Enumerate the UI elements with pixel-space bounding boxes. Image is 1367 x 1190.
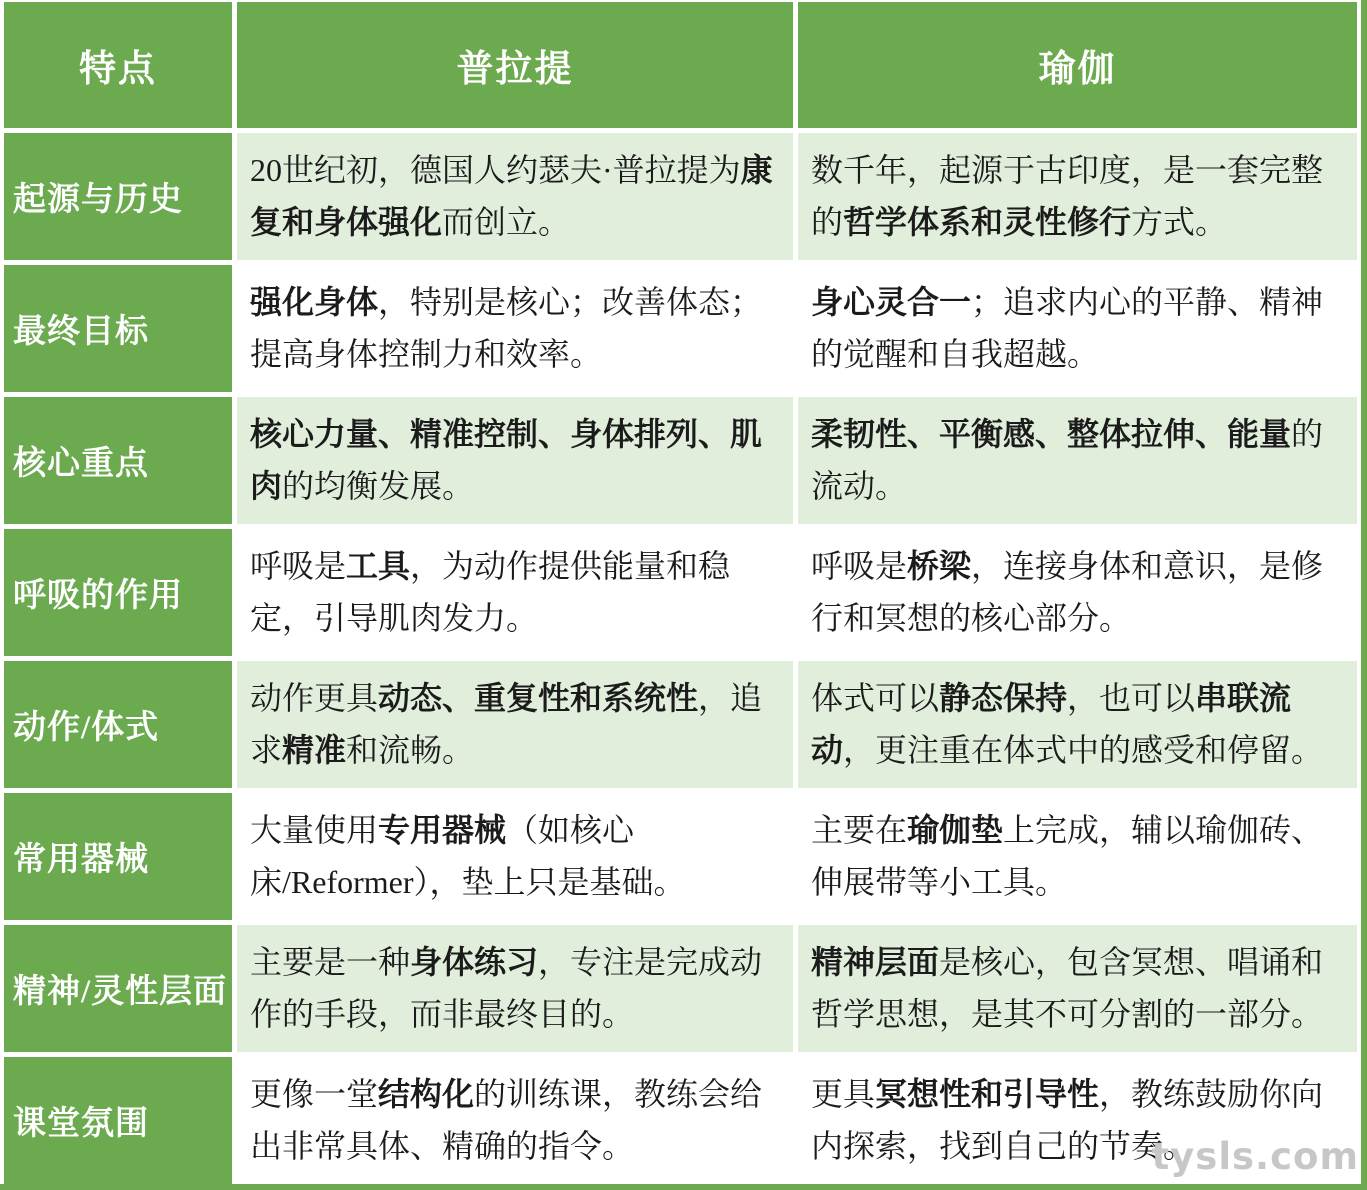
pilates-cell-4-seg-3: 精准 xyxy=(282,732,346,768)
pilates-cell-0-text: 20世纪初，德国人约瑟夫·普拉提为康复和身体强化而创立。 xyxy=(250,145,780,249)
pilates-cell-4-seg-1: 动态、重复性和系统性 xyxy=(378,680,698,716)
pilates-cell-3-text: 呼吸是工具，为动作提供能量和稳定，引导肌肉发力。 xyxy=(250,541,780,645)
pilates-cell-2: 核心力量、精准控制、身体排列、肌肉的均衡发展。 xyxy=(237,397,793,524)
yoga-cell-2-seg-0: 柔韧性、平衡感、整体拉伸、能量 xyxy=(811,416,1291,452)
yoga-cell-5-seg-1: 瑜伽垫 xyxy=(907,812,1003,848)
yoga-cell-4-seg-4: ，更注重在体式中的感受和停留。 xyxy=(843,732,1323,768)
yoga-cell-2: 柔韧性、平衡感、整体拉伸、能量的流动。 xyxy=(798,397,1357,524)
yoga-cell-4: 体式可以静态保持，也可以串联流动，更注重在体式中的感受和停留。 xyxy=(798,661,1357,788)
pilates-cell-5: 大量使用专用器械（如核心床/Reformer），垫上只是基础。 xyxy=(237,793,793,920)
yoga-cell-1-text: 身心灵合一；追求内心的平静、精神的觉醒和自我超越。 xyxy=(811,277,1344,381)
pilates-cell-0-seg-2: 而创立。 xyxy=(442,204,570,240)
header-cell-yoga: 瑜伽 xyxy=(798,2,1357,128)
pilates-cell-7-text: 更像一堂结构化的训练课，教练会给出非常具体、精确的指令。 xyxy=(250,1069,780,1173)
pilates-cell-3-seg-0: 呼吸是 xyxy=(250,548,346,584)
yoga-cell-2-text: 柔韧性、平衡感、整体拉伸、能量的流动。 xyxy=(811,409,1344,513)
yoga-cell-7-text: 更具冥想性和引导性，教练鼓励你向内探索，找到自己的节奏。 xyxy=(811,1069,1344,1173)
yoga-cell-3-text: 呼吸是桥梁，连接身体和意识，是修行和冥想的核心部分。 xyxy=(811,541,1344,645)
row-label-7: 课堂氛围 xyxy=(4,1057,232,1184)
row-label-6: 精神/灵性层面 xyxy=(4,925,232,1052)
yoga-cell-6-seg-0: 精神层面 xyxy=(811,944,939,980)
yoga-cell-4-text: 体式可以静态保持，也可以串联流动，更注重在体式中的感受和停留。 xyxy=(811,673,1344,777)
pilates-cell-2-text: 核心力量、精准控制、身体排列、肌肉的均衡发展。 xyxy=(250,409,780,513)
pilates-cell-0: 20世纪初，德国人约瑟夫·普拉提为康复和身体强化而创立。 xyxy=(237,133,793,260)
row-label-3: 呼吸的作用 xyxy=(4,529,232,656)
yoga-cell-0: 数千年，起源于古印度，是一套完整的哲学体系和灵性修行方式。 xyxy=(798,133,1357,260)
pilates-cell-3: 呼吸是工具，为动作提供能量和稳定，引导肌肉发力。 xyxy=(237,529,793,656)
pilates-cell-4-seg-0: 动作更具 xyxy=(250,680,378,716)
page: 特点 普拉提 瑜伽 起源与历史20世纪初，德国人约瑟夫·普拉提为康复和身体强化而… xyxy=(0,0,1367,1190)
row-label-4: 动作/体式 xyxy=(4,661,232,788)
yoga-cell-6-text: 精神层面是核心，包含冥想、唱诵和哲学思想，是其不可分割的一部分。 xyxy=(811,937,1344,1041)
yoga-cell-7: 更具冥想性和引导性，教练鼓励你向内探索，找到自己的节奏。 xyxy=(798,1057,1357,1184)
yoga-cell-5-seg-0: 主要在 xyxy=(811,812,907,848)
pilates-cell-1-text: 强化身体，特别是核心；改善体态；提高身体控制力和效率。 xyxy=(250,277,780,381)
pilates-cell-6-seg-1: 身体练习 xyxy=(410,944,538,980)
pilates-cell-7-seg-0: 更像一堂 xyxy=(250,1076,378,1112)
pilates-cell-3-seg-1: 工具 xyxy=(346,548,410,584)
header-cell-pilates: 普拉提 xyxy=(237,2,793,128)
yoga-cell-5: 主要在瑜伽垫上完成，辅以瑜伽砖、伸展带等小工具。 xyxy=(798,793,1357,920)
pilates-cell-4: 动作更具动态、重复性和系统性，追求精准和流畅。 xyxy=(237,661,793,788)
yoga-cell-1: 身心灵合一；追求内心的平静、精神的觉醒和自我超越。 xyxy=(798,265,1357,392)
pilates-cell-1-seg-0: 强化身体 xyxy=(250,284,378,320)
pilates-cell-7: 更像一堂结构化的训练课，教练会给出非常具体、精确的指令。 xyxy=(237,1057,793,1184)
yoga-cell-4-seg-2: ，也可以 xyxy=(1067,680,1195,716)
pilates-cell-6-seg-0: 主要是一种 xyxy=(250,944,410,980)
yoga-cell-5-text: 主要在瑜伽垫上完成，辅以瑜伽砖、伸展带等小工具。 xyxy=(811,805,1344,909)
yoga-cell-3-seg-1: 桥梁 xyxy=(907,548,971,584)
pilates-cell-4-text: 动作更具动态、重复性和系统性，追求精准和流畅。 xyxy=(250,673,780,777)
yoga-cell-0-text: 数千年，起源于古印度，是一套完整的哲学体系和灵性修行方式。 xyxy=(811,145,1344,249)
pilates-cell-5-seg-1: 专用器械 xyxy=(378,812,506,848)
yoga-cell-3: 呼吸是桥梁，连接身体和意识，是修行和冥想的核心部分。 xyxy=(798,529,1357,656)
row-label-5: 常用器械 xyxy=(4,793,232,920)
pilates-cell-0-seg-0: 20世纪初，德国人约瑟夫·普拉提为 xyxy=(250,152,741,188)
yoga-cell-4-seg-1: 静态保持 xyxy=(939,680,1067,716)
pilates-cell-2-seg-1: 的均衡发展。 xyxy=(282,468,474,504)
yoga-cell-6: 精神层面是核心，包含冥想、唱诵和哲学思想，是其不可分割的一部分。 xyxy=(798,925,1357,1052)
pilates-cell-5-text: 大量使用专用器械（如核心床/Reformer），垫上只是基础。 xyxy=(250,805,780,909)
yoga-cell-3-seg-0: 呼吸是 xyxy=(811,548,907,584)
pilates-cell-6: 主要是一种身体练习，专注是完成动作的手段，而非最终目的。 xyxy=(237,925,793,1052)
header-cell-feature: 特点 xyxy=(4,2,232,128)
pilates-cell-5-seg-0: 大量使用 xyxy=(250,812,378,848)
row-label-0: 起源与历史 xyxy=(4,133,232,260)
row-label-1: 最终目标 xyxy=(4,265,232,392)
pilates-cell-1: 强化身体，特别是核心；改善体态；提高身体控制力和效率。 xyxy=(237,265,793,392)
pilates-cell-4-seg-4: 和流畅。 xyxy=(346,732,474,768)
row-label-2: 核心重点 xyxy=(4,397,232,524)
yoga-cell-7-seg-1: 冥想性和引导性 xyxy=(875,1076,1099,1112)
yoga-cell-1-seg-0: 身心灵合一 xyxy=(811,284,971,320)
yoga-cell-7-seg-0: 更具 xyxy=(811,1076,875,1112)
yoga-cell-0-seg-2: 方式。 xyxy=(1131,204,1227,240)
yoga-cell-4-seg-0: 体式可以 xyxy=(811,680,939,716)
yoga-cell-0-seg-1: 哲学体系和灵性修行 xyxy=(843,204,1131,240)
comparison-table: 特点 普拉提 瑜伽 起源与历史20世纪初，德国人约瑟夫·普拉提为康复和身体强化而… xyxy=(0,0,1367,1190)
pilates-cell-7-seg-1: 结构化 xyxy=(378,1076,474,1112)
pilates-cell-6-text: 主要是一种身体练习，专注是完成动作的手段，而非最终目的。 xyxy=(250,937,780,1041)
